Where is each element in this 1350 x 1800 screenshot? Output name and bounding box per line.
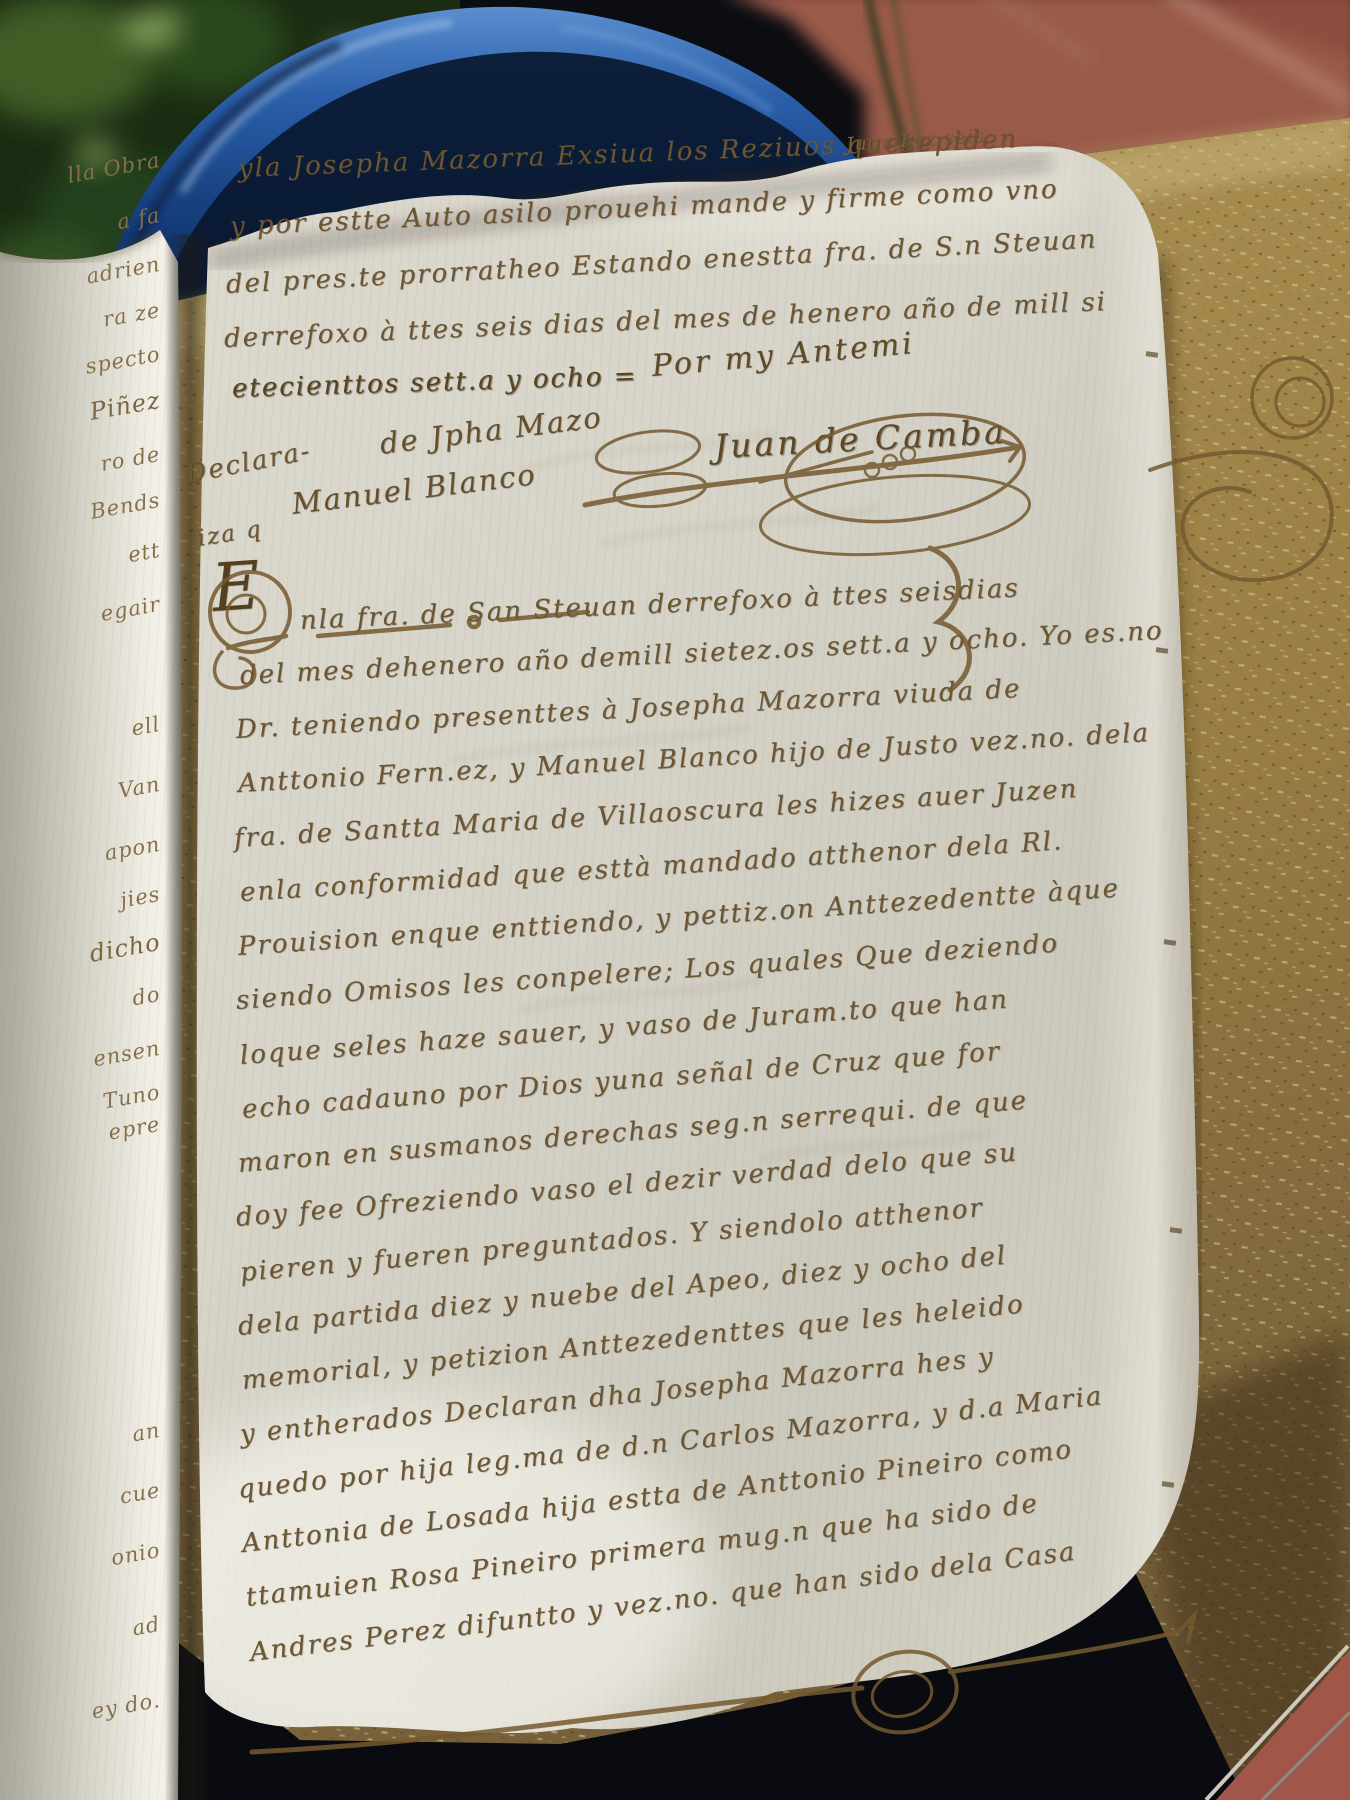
verso-fragment: an xyxy=(0,1418,172,1470)
verso-fragment: onio xyxy=(0,1538,172,1590)
photo-of-manuscript: lla Obra a fa adrien ra ze specto Piñez … xyxy=(0,0,1350,1800)
attestation-line: Por my Antemi xyxy=(651,329,916,382)
verso-fragment: adrien xyxy=(0,252,172,304)
verso-fragment: Van xyxy=(0,772,172,824)
declared-name: de Jpha Mazo xyxy=(378,403,604,459)
manuscript-line: derrefoxo à ttes seis dias del mes de he… xyxy=(223,289,1107,352)
notary-signature: Juan de Camba xyxy=(713,415,1007,463)
verso-fragment: cue xyxy=(0,1478,172,1530)
manuscript-line: etecienttos sett.a y ocho = xyxy=(232,363,638,402)
verso-fragment: do xyxy=(0,982,172,1034)
verso-fragment: dicho xyxy=(0,928,172,983)
verso-fragment: ad xyxy=(0,1612,172,1664)
verso-fragment: ell xyxy=(0,712,172,764)
verso-fragment: specto xyxy=(0,342,172,394)
verso-fragment: ey do. xyxy=(0,1688,172,1740)
manuscript-text-layer: lla Obra a fa adrien ra ze specto Piñez … xyxy=(0,0,1350,1800)
manuscript-line: nla fra. de San Steuan derrefoxo à ttes … xyxy=(299,575,1020,634)
verso-fragment: Bends xyxy=(0,488,172,540)
illuminated-initial: E xyxy=(210,553,263,622)
verso-fragment: ensen xyxy=(0,1036,172,1088)
verso-fragment: jies xyxy=(0,882,172,934)
verso-fragment: Piñez xyxy=(0,386,172,441)
verso-fragment: a fa xyxy=(0,203,172,255)
manuscript-line: del pres.te prorratheo Estando enestta f… xyxy=(225,226,1098,298)
verso-fragment: lla Obra xyxy=(0,148,172,200)
verso-fragment: ra ze xyxy=(0,298,172,350)
verso-fragment: apon xyxy=(0,832,172,884)
margin-note: Declara- xyxy=(184,438,314,488)
manuscript-line: yla Josepha Mazorra Exsiua los Reziuos q… xyxy=(238,126,1019,182)
manuscript-line: y por estte Auto asilo prouehi mande y f… xyxy=(229,176,1059,240)
verso-fragment: ro de xyxy=(0,442,172,494)
declared-name: Manuel Blanco xyxy=(290,460,538,519)
verso-fragment: egair xyxy=(0,592,172,644)
verso-fragment: ett xyxy=(0,538,172,590)
